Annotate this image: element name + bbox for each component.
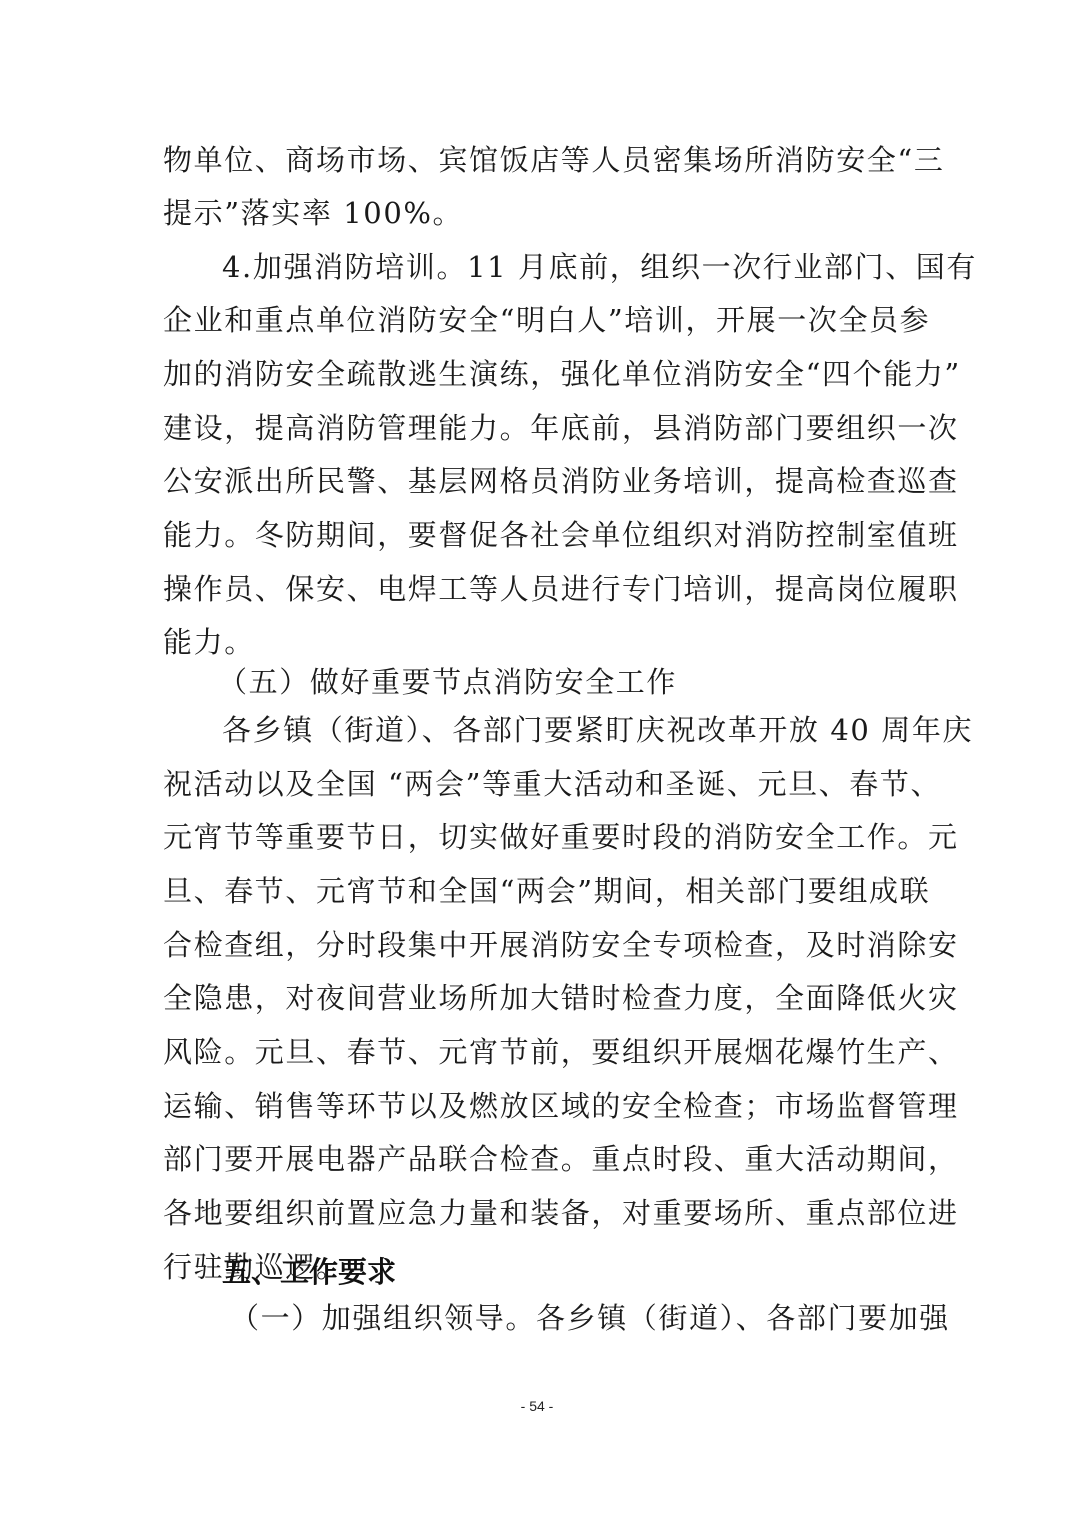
text-line: 建设，提高消防管理能力。年底前，县消防部门要组织一次 bbox=[163, 408, 913, 448]
text-line: 能力。 bbox=[163, 622, 913, 662]
subsection-line: （一）加强组织领导。各乡镇（街道）、各部门要加强 bbox=[230, 1298, 913, 1338]
text-line: 企业和重点单位消防安全“明白人”培训，开展一次全员参 bbox=[163, 300, 913, 340]
text-line: 物单位、商场市场、宾馆饭店等人员密集场所消防安全“三 bbox=[163, 140, 913, 180]
text-line: 风险。元旦、春节、元宵节前，要组织开展烟花爆竹生产、 bbox=[163, 1032, 913, 1072]
text-line: 部门要开展电器产品联合检查。重点时段、重大活动期间， bbox=[163, 1139, 913, 1179]
page-number: - 54 - bbox=[0, 1398, 1074, 1414]
text-line: 提示”落实率 100%。 bbox=[163, 193, 913, 233]
text-line: 祝活动以及全国 “两会”等重大活动和圣诞、元旦、春节、 bbox=[163, 764, 913, 804]
text-line: 合检查组，分时段集中开展消防安全专项检查，及时消除安 bbox=[163, 925, 913, 965]
document-page: 物单位、商场市场、宾馆饭店等人员密集场所消防安全“三 提示”落实率 100%。 … bbox=[0, 0, 1074, 1520]
text-line: 全隐患，对夜间营业场所加大错时检查力度，全面降低火灾 bbox=[163, 978, 913, 1018]
section-heading: 五、工作要求 bbox=[222, 1252, 396, 1292]
subsection-heading: （五）做好重要节点消防安全工作 bbox=[218, 662, 968, 702]
text-line: 元宵节等重要节日，切实做好重要时段的消防安全工作。元 bbox=[163, 817, 913, 857]
text-line: 各地要组织前置应急力量和装备，对重要场所、重点部位进 bbox=[163, 1193, 913, 1233]
text-line: 加的消防安全疏散逃生演练，强化单位消防安全“四个能力” bbox=[163, 354, 913, 394]
text-line: 运输、销售等环节以及燃放区域的安全检查；市场监督管理 bbox=[163, 1086, 913, 1126]
paragraph-start: 各乡镇（街道）、各部门要紧盯庆祝改革开放 40 周年庆 bbox=[222, 710, 913, 750]
text-line: 旦、春节、元宵节和全国“两会”期间，相关部门要组成联 bbox=[163, 871, 913, 911]
text-line: 能力。冬防期间，要督促各社会单位组织对消防控制室值班 bbox=[163, 515, 913, 555]
text-line: 操作员、保安、电焊工等人员进行专门培训，提高岗位履职 bbox=[163, 569, 913, 609]
text-line: 公安派出所民警、基层网格员消防业务培训，提高检查巡查 bbox=[163, 461, 913, 501]
numbered-item-heading: 4.加强消防培训。11 月底前，组织一次行业部门、国有 bbox=[222, 247, 913, 287]
